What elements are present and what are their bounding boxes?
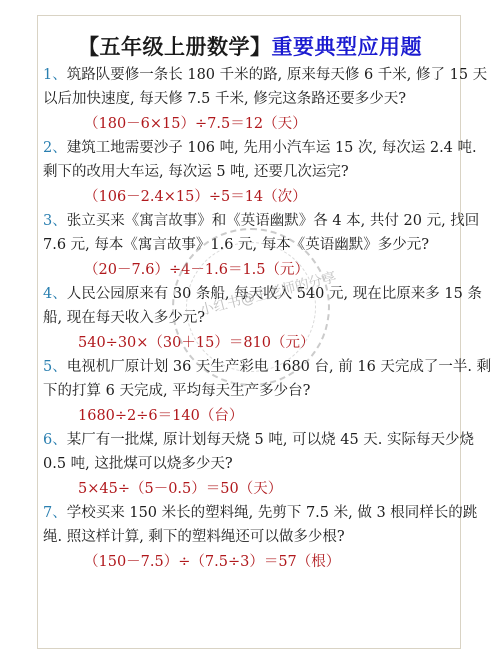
question-2-line-1: 2、建筑工地需要沙子 106 吨, 先用小汽车运 15 次, 每次运 2.4 吨… (43, 138, 477, 158)
question-text: 张立买来《寓言故事》和《英语幽默》各 4 本, 共付 20 元, 找回 (67, 213, 480, 229)
question-7-answer: （150－7.5）÷（7.5÷3）＝57（根） (84, 552, 340, 572)
question-5-answer: 1680÷2÷6＝140（台） (78, 406, 243, 426)
question-2-answer: （106－2.4×15）÷5＝14（次） (84, 187, 307, 207)
question-number: 7、 (43, 505, 67, 521)
question-text: 建筑工地需要沙子 106 吨, 先用小汽车运 15 次, 每次运 2.4 吨. (67, 140, 477, 156)
question-4-line-2: 船, 现在每天收入多少元? (43, 308, 205, 328)
question-5-line-1: 5、电视机厂原计划 36 天生产彩电 1680 台, 前 16 天完成了一半. … (43, 357, 491, 377)
question-text: 电视机厂原计划 36 天生产彩电 1680 台, 前 16 天完成了一半. 剩 (67, 359, 491, 375)
question-3-line-2: 7.6 元, 每本《寓言故事》1.6 元, 每本《英语幽默》多少元? (43, 235, 429, 255)
question-7-line-2: 绳. 照这样计算, 剩下的塑料绳还可以做多少根? (43, 527, 345, 547)
question-number: 4、 (43, 286, 67, 302)
question-3-line-1: 3、张立买来《寓言故事》和《英语幽默》各 4 本, 共付 20 元, 找回 (43, 211, 479, 231)
question-2-line-2: 剩下的改用大车运, 每次运 5 吨, 还要几次运完? (43, 162, 349, 182)
question-6-answer: 5×45÷（5－0.5）＝50（天） (78, 479, 282, 499)
question-1-answer: （180－6×15）÷7.5＝12（天） (84, 114, 307, 134)
question-number: 3、 (43, 213, 67, 229)
page-title: 【五年级上册数学】重要典型应用题 (0, 32, 500, 62)
question-6-line-2: 0.5 吨, 这批煤可以烧多少天? (43, 454, 233, 474)
question-1-line-2: 以后加快速度, 每天修 7.5 千米, 修完这条路还要多少天? (43, 89, 406, 109)
title-grade-label: 【五年级上册数学】 (78, 34, 272, 59)
question-6-line-1: 6、某厂有一批煤, 原计划每天烧 5 吨, 可以烧 45 天. 实际每天少烧 (43, 430, 474, 450)
question-text: 某厂有一批煤, 原计划每天烧 5 吨, 可以烧 45 天. 实际每天少烧 (67, 432, 474, 448)
question-number: 6、 (43, 432, 67, 448)
question-7-line-1: 7、学校买来 150 米长的塑料绳, 先剪下 7.5 米, 做 3 根同样长的跳 (43, 503, 477, 523)
question-number: 2、 (43, 140, 67, 156)
question-number: 1、 (43, 67, 67, 83)
question-text: 人民公园原来有 30 条船, 每天收入 540 元, 现在比原来多 15 条 (67, 286, 482, 302)
question-text: 学校买来 150 米长的塑料绳, 先剪下 7.5 米, 做 3 根同样长的跳 (67, 505, 478, 521)
question-1-line-1: 1、筑路队要修一条长 180 千米的路, 原来每天修 6 千米, 修了 15 天 (43, 65, 487, 85)
question-text: 筑路队要修一条长 180 千米的路, 原来每天修 6 千米, 修了 15 天 (67, 67, 487, 83)
question-3-answer: （20－7.6）÷4－1.6＝1.5（元） (84, 260, 309, 280)
title-topic-label: 重要典型应用题 (272, 34, 423, 59)
question-5-line-2: 下的打算 6 天完成, 平均每天生产多少台? (43, 381, 310, 401)
question-4-answer: 540÷30×（30＋15）＝810（元） (78, 333, 315, 353)
question-4-line-1: 4、人民公园原来有 30 条船, 每天收入 540 元, 现在比原来多 15 条 (43, 284, 482, 304)
question-number: 5、 (43, 359, 67, 375)
